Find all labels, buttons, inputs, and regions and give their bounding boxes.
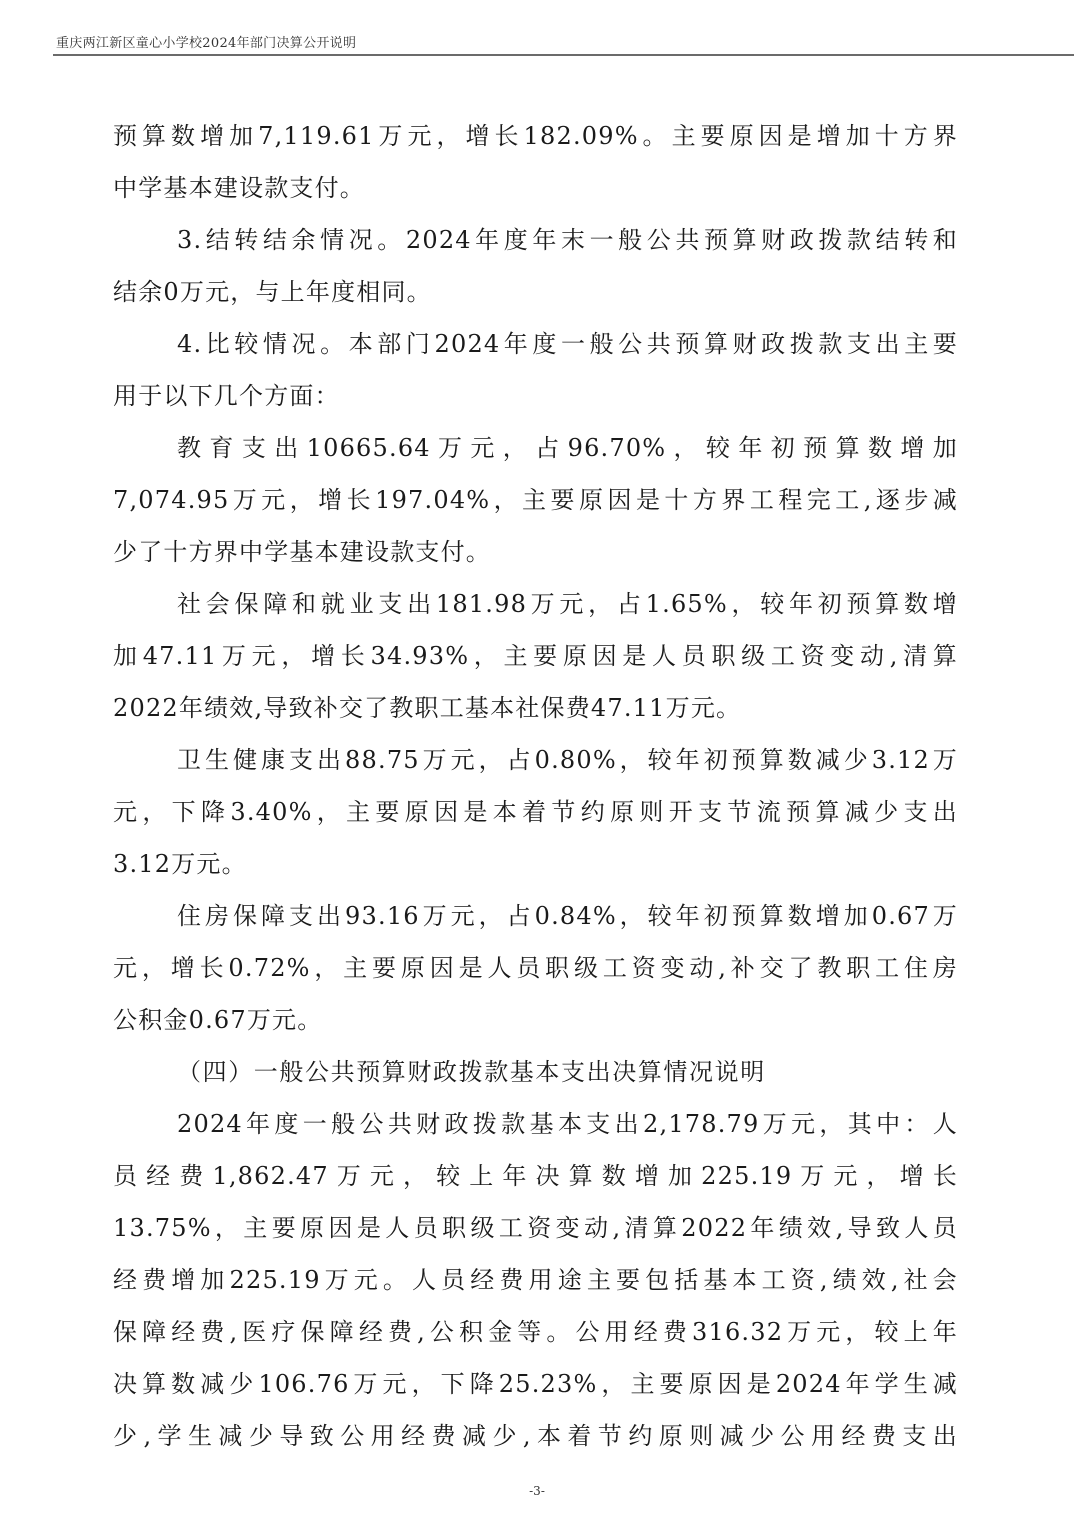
page-number: -3- xyxy=(0,1484,1074,1498)
text-line: 加47.11万元，增长34.93%，主要原因是人员职级工资变动,清算 xyxy=(113,630,958,682)
document-body: 预算数增加7,119.61万元，增长182.09%。主要原因是增加十方界 中学基… xyxy=(113,110,958,1462)
document-title: 重庆两江新区童心小学校2024年部门决算公开说明 xyxy=(56,32,356,51)
text-line: 结余0万元，与上年度相同。 xyxy=(113,266,958,318)
text-line: 住房保障支出93.16万元，占0.84%，较年初预算数增加0.67万 xyxy=(113,890,958,942)
text-line: 少了十方界中学基本建设款支付。 xyxy=(113,526,958,578)
text-line: 社会保障和就业支出181.98万元，占1.65%，较年初预算数增 xyxy=(113,578,958,630)
text-line: 2022年绩效,导致补交了教职工基本社保费47.11万元。 xyxy=(113,682,958,734)
text-line: 决算数减少106.76万元，下降25.23%，主要原因是2024年学生减 xyxy=(113,1358,958,1410)
text-line: 13.75%，主要原因是人员职级工资变动,清算2022年绩效,导致人员 xyxy=(113,1202,958,1254)
text-line: 4.比较情况。本部门2024年度一般公共预算财政拨款支出主要 xyxy=(113,318,958,370)
section-heading: （四）一般公共预算财政拨款基本支出决算情况说明 xyxy=(113,1046,958,1098)
text-line: 公积金0.67万元。 xyxy=(113,994,958,1046)
text-line: 教育支出10665.64万元，占96.70%，较年初预算数增加 xyxy=(113,422,958,474)
text-line: 员经费1,862.47万元，较上年决算数增加225.19万元，增长 xyxy=(113,1150,958,1202)
text-line: 卫生健康支出88.75万元，占0.80%，较年初预算数减少3.12万 xyxy=(113,734,958,786)
text-line: 预算数增加7,119.61万元，增长182.09%。主要原因是增加十方界 xyxy=(113,110,958,162)
text-line: 经费增加225.19万元。人员经费用途主要包括基本工资,绩效,社会 xyxy=(113,1254,958,1306)
text-line: 用于以下几个方面： xyxy=(113,370,958,422)
text-line: 3.结转结余情况。2024年度年末一般公共预算财政拨款结转和 xyxy=(113,214,958,266)
text-line: 3.12万元。 xyxy=(113,838,958,890)
text-line: 2024年度一般公共财政拨款基本支出2,178.79万元，其中：人 xyxy=(113,1098,958,1150)
page-header: 重庆两江新区童心小学校2024年部门决算公开说明 xyxy=(53,28,1074,56)
text-line: 元，增长0.72%，主要原因是人员职级工资变动,补交了教职工住房 xyxy=(113,942,958,994)
text-line: 元，下降3.40%，主要原因是本着节约原则开支节流预算减少支出 xyxy=(113,786,958,838)
text-line: 中学基本建设款支付。 xyxy=(113,162,958,214)
text-line: 7,074.95万元，增长197.04%，主要原因是十方界工程完工,逐步减 xyxy=(113,474,958,526)
text-line: 少,学生减少导致公用经费减少,本着节约原则减少公用经费支出 xyxy=(113,1410,958,1462)
text-line: 保障经费,医疗保障经费,公积金等。公用经费316.32万元，较上年 xyxy=(113,1306,958,1358)
